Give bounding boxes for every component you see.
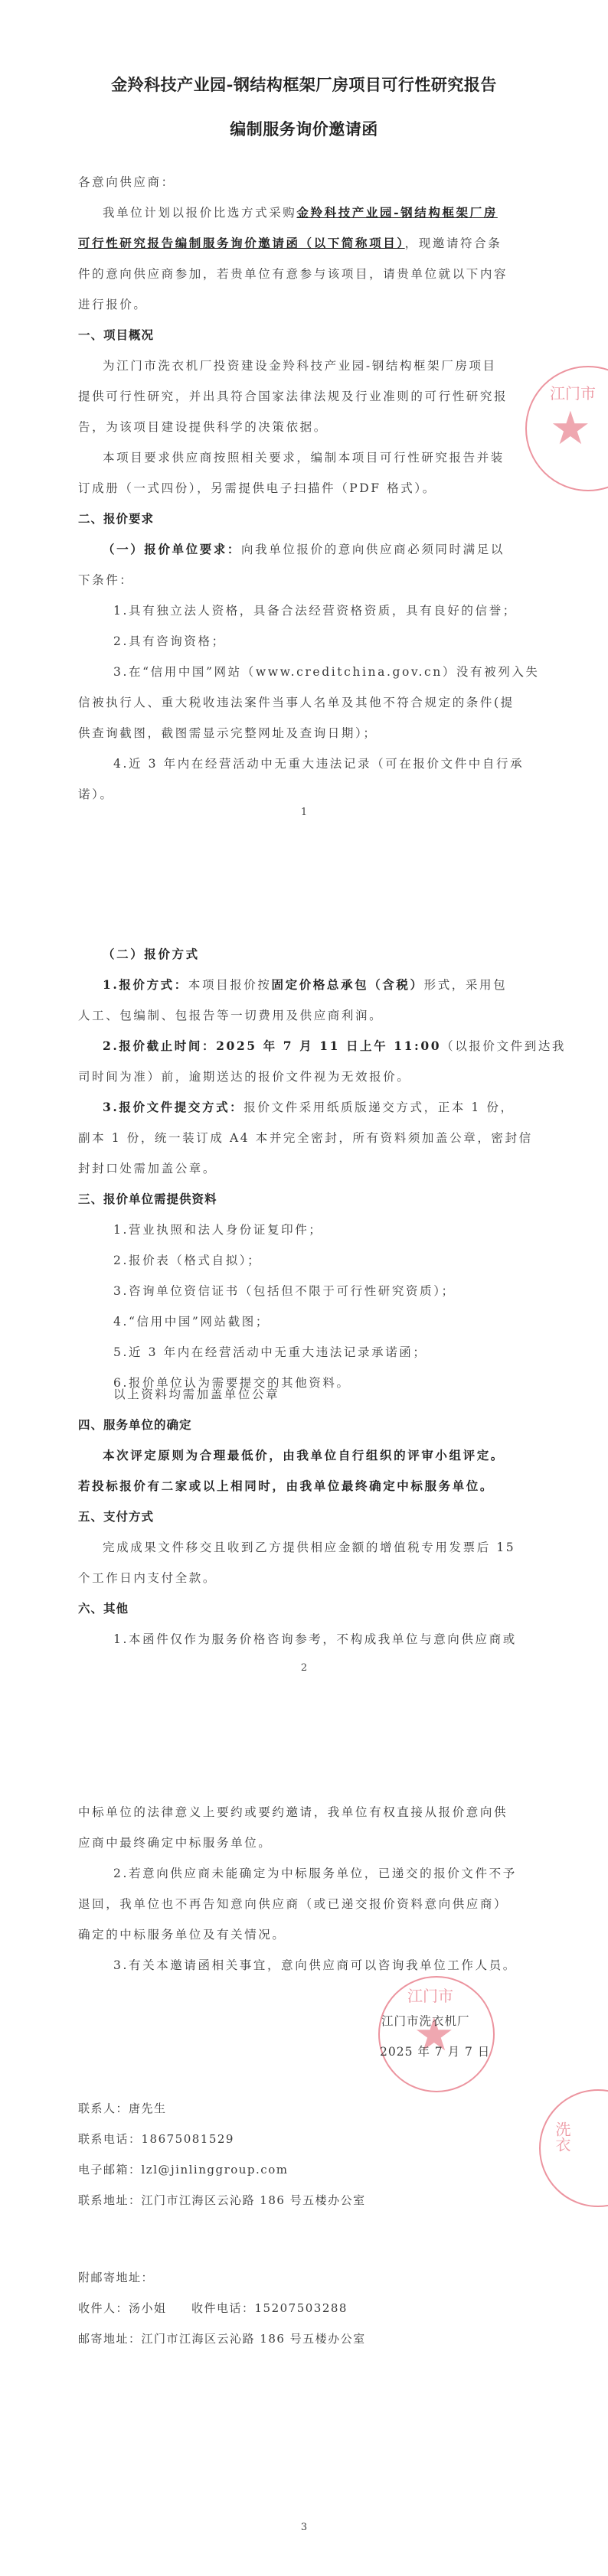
section-1-heading: 一、项目概况 (78, 328, 154, 343)
section-1-para: 告，为该项目建设提供科学的决策依据。 (78, 419, 328, 435)
section-1-para: 提供可行性研究，并出具符合国家法律法规及行业准则的可行性研究报 (78, 389, 508, 404)
method-3-cont: 封封口处需加盖公章。 (78, 1161, 217, 1176)
requirement-item: 信被执行人、重大税收违法案件当事人名单及其他不符合规定的条件(提 (78, 695, 515, 710)
intro-line-4: 进行报价。 (78, 297, 148, 312)
official-seal-stamp-partial: 洗衣 (539, 2089, 608, 2207)
section-6-heading: 六、其他 (78, 1601, 129, 1616)
method-bold: 固定价格总承包（含税） (272, 977, 424, 992)
deadline-label: 2.报价截止时间：2025 年 7 月 11 日上午 11:00 (103, 1039, 441, 1053)
mailing-recipient: 收件人：汤小姐 (78, 2300, 167, 2316)
method-3-cont: 副本 1 份，统一装订成 A4 本并完全密封，所有资料须加盖公章，密封信 (78, 1130, 533, 1146)
project-name-underlined: 金羚科技产业园-钢结构框架厂房 (296, 205, 497, 220)
mailing-heading: 附邮寄地址： (78, 2269, 154, 2285)
section-4-text: 本次评定原则为合理最低价，由我单位自行组织的评审小组评定。 (103, 1448, 505, 1463)
sub-1-line: （一）报价单位要求：向我单位报价的意向供应商必须同时满足以 (103, 542, 505, 557)
signature-date: 2025 年 7 月 7 日 (380, 2044, 490, 2059)
page-number: 2 (0, 1662, 608, 1674)
section-1-para: 本项目要求供应商按照相关要求，编制本项目可行性研究报告并装 (103, 450, 505, 465)
requirement-item: 供查询截图，截图需显示完整网址及查询日期）； (78, 726, 377, 741)
project-name-underlined: 可行性研究报告编制服务询价邀请函（以下简称项目） (78, 236, 405, 250)
intro-line-2: 可行性研究报告编制服务询价邀请函（以下简称项目），现邀请符合条 (78, 236, 502, 251)
contact-person: 联系人：唐先生 (78, 2100, 167, 2116)
document-title-line1: 金羚科技产业园-钢结构框架厂房项目可行性研究报告 (0, 73, 608, 96)
stamp-text: 洗衣 (551, 2121, 574, 2152)
material-item: 1.营业执照和法人身份证复印件； (113, 1222, 322, 1237)
intro-line-3: 件的意向供应商参加，若贵单位有意参与该项目，请贵单位就以下内容 (78, 266, 508, 282)
intro-text: 我单位计划以报价比选方式采购 (103, 206, 296, 220)
sub-1-text: 向我单位报价的意向供应商必须同时满足以 (241, 543, 505, 556)
deadline-text: （以报价文件到达我 (441, 1039, 566, 1053)
requirement-item: 2.具有咨询资格； (113, 634, 226, 649)
stamp-text: 江门市 (550, 381, 596, 403)
requirement-item: 诺）。 (78, 787, 114, 802)
star-icon: ★ (550, 402, 591, 455)
section-6-text: 应商中最终确定中标服务单位。 (78, 1835, 272, 1850)
method-text: 本项目报价按 (188, 978, 272, 992)
intro-text: ，现邀请符合条 (405, 236, 502, 250)
materials-note: 以上资料均需加盖单位公章 (113, 1387, 279, 1402)
section-5-text: 完成成果文件移交且收到乙方提供相应金额的增值税专用发票后 15 (103, 1540, 515, 1555)
salutation: 各意向供应商： (78, 174, 175, 190)
requirement-item: 1.具有独立法人资格，具备合法经营资格资质，具有良好的信誉； (113, 603, 517, 618)
section-6-text: 3.有关本邀请函相关事宜，意向供应商可以咨询我单位工作人员。 (113, 1958, 517, 1973)
page-number: 1 (0, 807, 608, 818)
stamp-text: 江门市 (407, 1984, 453, 2006)
method-2-cont: 司时间为准）前，逾期送达的报价文件视为无效报价。 (78, 1069, 410, 1084)
material-item: 3.咨询单位资信证书（包括但不限于可行性研究资质）； (113, 1283, 456, 1299)
material-item: 4.“信用中国”网站截图； (113, 1314, 270, 1329)
method-1-cont: 人工、包编制、包报告等一切费用及供应商利润。 (78, 1008, 383, 1023)
method-3-line: 3.报价文件提交方式：报价文件采用纸质版递交方式，正本 1 份， (103, 1100, 515, 1115)
method-2-line: 2.报价截止时间：2025 年 7 月 11 日上午 11:00（以报价文件到达… (103, 1039, 566, 1054)
section-1-para: 订成册（一式四份），另需提供电子扫描件（PDF 格式）。 (78, 481, 436, 496)
material-item: 2.报价表（格式自拟）； (113, 1253, 261, 1268)
section-6-text: 中标单位的法律意义上要约或要约邀请，我单位有权直接从报价意向供 (78, 1805, 508, 1820)
requirement-item: 3.在“信用中国”网站（www.creditchina.gov.cn）没有被列入… (113, 664, 540, 680)
submission-label: 3.报价文件提交方式： (103, 1100, 244, 1114)
sub-2-label: （二）报价方式 (103, 947, 200, 961)
intro-line-1: 我单位计划以报价比选方式采购金羚科技产业园-钢结构框架厂房 (103, 205, 498, 220)
official-seal-stamp: 江门市 ★ (378, 1976, 495, 2092)
contact-address: 联系地址：江门市江海区云沁路 186 号五楼办公室 (78, 2192, 366, 2208)
sub-1-label: （一）报价单位要求： (103, 542, 241, 556)
sub-2-heading: （二）报价方式 (103, 947, 200, 962)
section-6-text: 确定的中标服务单位及有关情况。 (78, 1927, 286, 1942)
mailing-recipient-phone: 收件电话：15207503288 (191, 2300, 348, 2316)
material-item: 5.近 3 年内在经营活动中无重大违法记录承诺函； (113, 1345, 427, 1360)
sub-1-cont: 下条件： (78, 572, 133, 588)
section-4-text: 若投标报价有二家或以上相同时，由我单位最终确定中标服务单位。 (78, 1479, 494, 1494)
section-1-para: 为江门市洗衣机厂投资建设金羚科技产业园-钢结构框架厂房项目 (103, 358, 497, 373)
document-title-line2: 编制服务询价邀请函 (0, 117, 608, 140)
requirement-item: 4.近 3 年内在经营活动中无重大违法记录（可在报价文件中自行承 (113, 756, 524, 771)
section-4-heading: 四、服务单位的确定 (78, 1417, 192, 1433)
section-6-text: 退回，我单位也不再告知意向供应商（或已递交报价资料意向供应商） (78, 1896, 508, 1912)
submission-text: 报价文件采用纸质版递交方式，正本 1 份， (244, 1101, 514, 1114)
section-5-heading: 五、支付方式 (78, 1509, 154, 1524)
page-number: 3 (0, 2522, 608, 2533)
section-5-text: 个工作日内支付全款。 (78, 1570, 217, 1586)
section-2-heading: 二、报价要求 (78, 511, 154, 527)
contact-phone: 联系电话：18675081529 (78, 2131, 234, 2147)
section-6-text: 2.若意向供应商未能确定为中标服务单位，已递交的报价文件不予 (113, 1866, 517, 1881)
official-seal-stamp: 江门市 ★ (525, 366, 608, 491)
mailing-address: 邮寄地址：江门市江海区云沁路 186 号五楼办公室 (78, 2330, 366, 2346)
method-label: 1.报价方式： (103, 977, 188, 992)
contact-email: 电子邮箱：lzl@jinlinggroup.com (78, 2161, 288, 2177)
section-6-text: 1.本函件仅作为服务价格咨询参考，不构成我单位与意向供应商或 (113, 1632, 517, 1647)
method-1-line: 1.报价方式：本项目报价按固定价格总承包（含税）形式，采用包 (103, 977, 507, 993)
section-3-heading: 三、报价单位需提供资料 (78, 1192, 217, 1207)
signature-org: 江门市洗衣机厂 (381, 2014, 470, 2029)
method-text: 形式，采用包 (424, 978, 508, 992)
